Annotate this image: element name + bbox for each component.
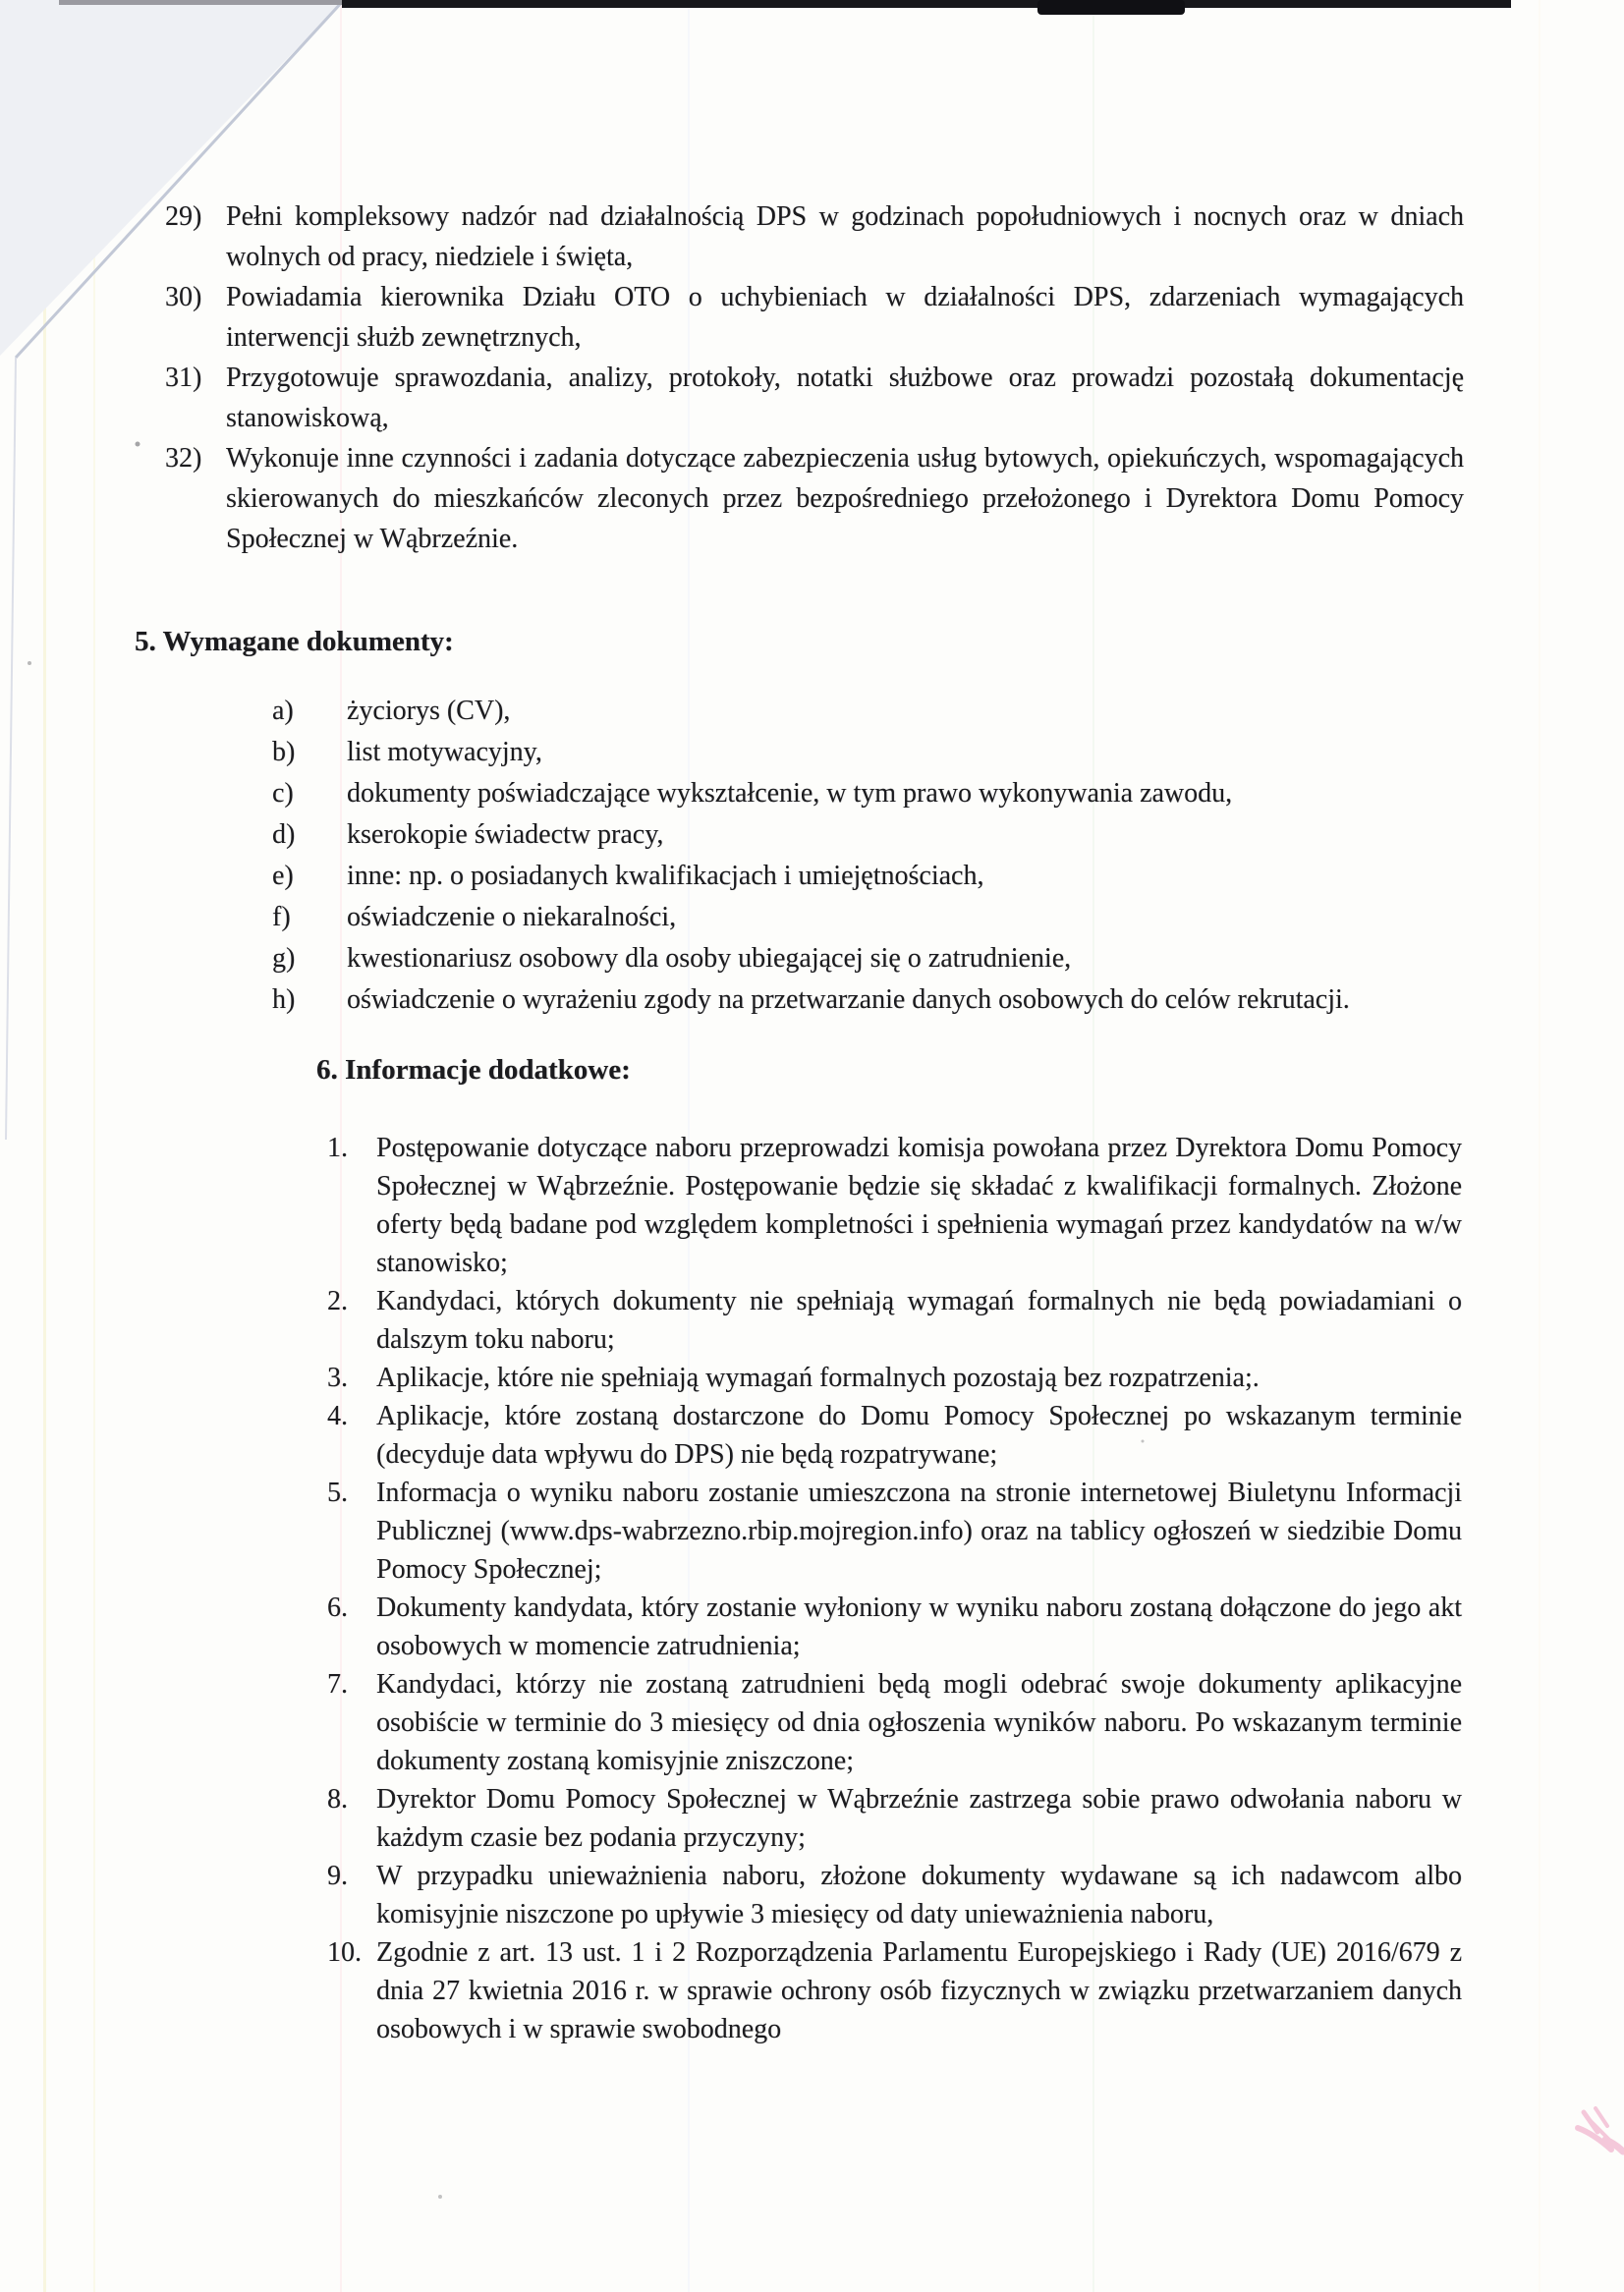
duty-item-number: 32) <box>165 438 201 478</box>
info-item: 3.Aplikacje, które nie spełniają wymagań… <box>327 1359 1462 1397</box>
document-item-letter: e) <box>272 856 294 897</box>
info-item: 9.W przypadku unieważnienia naboru, złoż… <box>327 1857 1462 1933</box>
duty-item-number: 31) <box>165 358 201 398</box>
top-edge-scan-bar <box>59 0 1511 15</box>
document-item-text: kwestionariusz osobowy dla osoby ubiegaj… <box>347 943 1071 974</box>
duty-item: 29)Pełni kompleksowy nadzór nad działaln… <box>165 196 1464 277</box>
info-item-number: 7. <box>327 1665 348 1704</box>
document-item-letter: h) <box>272 979 295 1021</box>
info-item: 2.Kandydaci, których dokumenty nie spełn… <box>327 1282 1462 1359</box>
section-5-heading: 5. Wymagane dokumenty: <box>135 622 1624 661</box>
info-item-text: Aplikacje, które nie spełniają wymagań f… <box>376 1363 1260 1393</box>
document-item-text: kserokopie świadectw pracy, <box>347 819 663 850</box>
pink-marker-stain <box>1578 2108 1623 2152</box>
info-item-text: Kandydaci, którzy nie zostaną zatrudnien… <box>376 1669 1462 1776</box>
document-item-text: życiorys (CV), <box>347 696 510 726</box>
info-item-text: W przypadku unieważnienia naboru, złożon… <box>376 1861 1462 1929</box>
duty-item-number: 29) <box>165 196 201 237</box>
info-item-text: Dokumenty kandydata, który zostanie wyło… <box>376 1593 1462 1661</box>
document-item: c)dokumenty poświadczające wykształcenie… <box>272 773 1457 814</box>
info-item-number: 3. <box>327 1359 348 1397</box>
duties-list: 29)Pełni kompleksowy nadzór nad działaln… <box>165 196 1464 559</box>
info-item-number: 1. <box>327 1129 348 1167</box>
document-item-text: inne: np. o posiadanych kwalifikacjach i… <box>347 861 983 891</box>
duty-item: 32)Wykonuje inne czynności i zadania dot… <box>165 438 1464 559</box>
info-item-text: Dyrektor Domu Pomocy Społecznej w Wąbrze… <box>376 1784 1462 1853</box>
info-item-text: Kandydaci, których dokumenty nie spełnia… <box>376 1286 1462 1355</box>
document-item: e)inne: np. o posiadanych kwalifikacjach… <box>272 856 1457 897</box>
info-item: 6.Dokumenty kandydata, który zostanie wy… <box>327 1589 1462 1665</box>
info-item-text: Zgodnie z art. 13 ust. 1 i 2 Rozporządze… <box>376 1937 1462 2044</box>
info-item-number: 4. <box>327 1397 348 1435</box>
info-item: 5.Informacja o wyniku naboru zostanie um… <box>327 1474 1462 1589</box>
duty-item: 31)Przygotowuje sprawozdania, analizy, p… <box>165 358 1464 438</box>
document-item-text: oświadczenie o wyrażeniu zgody na przetw… <box>347 984 1350 1015</box>
section-6-heading: 6. Informacje dodatkowe: <box>316 1050 1624 1090</box>
duty-item-text: Przygotowuje sprawozdania, analizy, prot… <box>226 363 1464 433</box>
info-item-number: 10. <box>327 1933 362 1972</box>
document-item: f)oświadczenie o niekaralności, <box>272 897 1457 938</box>
duty-item: 30)Powiadamia kierownika Działu OTO o uc… <box>165 277 1464 358</box>
document-item-letter: b) <box>272 732 295 773</box>
info-item-number: 8. <box>327 1780 348 1818</box>
document-item: h)oświadczenie o wyrażeniu zgody na prze… <box>272 979 1457 1021</box>
scanned-document-page: 29)Pełni kompleksowy nadzór nad działaln… <box>0 0 1624 2292</box>
info-item-number: 6. <box>327 1589 348 1627</box>
document-item-letter: c) <box>272 773 294 814</box>
info-item: 7.Kandydaci, którzy nie zostaną zatrudni… <box>327 1665 1462 1780</box>
info-item: 8.Dyrektor Domu Pomocy Społecznej w Wąbr… <box>327 1780 1462 1857</box>
info-item: 1.Postępowanie dotyczące naboru przeprow… <box>327 1129 1462 1282</box>
document-item: g)kwestionariusz osobowy dla osoby ubieg… <box>272 938 1457 979</box>
info-item-number: 2. <box>327 1282 348 1320</box>
document-item-letter: g) <box>272 938 295 979</box>
document-body: 29)Pełni kompleksowy nadzór nad działaln… <box>0 196 1624 2048</box>
additional-info-list: 1.Postępowanie dotyczące naboru przeprow… <box>327 1129 1462 2048</box>
document-item-letter: d) <box>272 814 295 856</box>
document-item: b)list motywacyjny, <box>272 732 1457 773</box>
document-item-text: dokumenty poświadczające wykształcenie, … <box>347 778 1232 809</box>
duty-item-text: Powiadamia kierownika Działu OTO o uchyb… <box>226 282 1464 353</box>
document-item-text: oświadczenie o niekaralności, <box>347 902 676 932</box>
document-item-letter: f) <box>272 897 291 938</box>
duty-item-text: Pełni kompleksowy nadzór nad działalnośc… <box>226 201 1464 272</box>
info-item-number: 9. <box>327 1857 348 1895</box>
info-item-text: Aplikacje, które zostaną dostarczone do … <box>376 1401 1462 1470</box>
info-item-number: 5. <box>327 1474 348 1512</box>
info-item: 10.Zgodnie z art. 13 ust. 1 i 2 Rozporzą… <box>327 1933 1462 2048</box>
document-item-text: list motywacyjny, <box>347 737 542 767</box>
document-item-letter: a) <box>272 691 294 732</box>
info-item-text: Informacja o wyniku naboru zostanie umie… <box>376 1478 1462 1585</box>
info-item: 4.Aplikacje, które zostaną dostarczone d… <box>327 1397 1462 1474</box>
document-item: d)kserokopie świadectw pracy, <box>272 814 1457 856</box>
required-documents-list: a)życiorys (CV), b)list motywacyjny, c)d… <box>272 691 1457 1021</box>
duty-item-number: 30) <box>165 277 201 317</box>
duty-item-text: Wykonuje inne czynności i zadania dotycz… <box>226 443 1464 554</box>
document-item: a)życiorys (CV), <box>272 691 1457 732</box>
info-item-text: Postępowanie dotyczące naboru przeprowad… <box>376 1133 1462 1278</box>
